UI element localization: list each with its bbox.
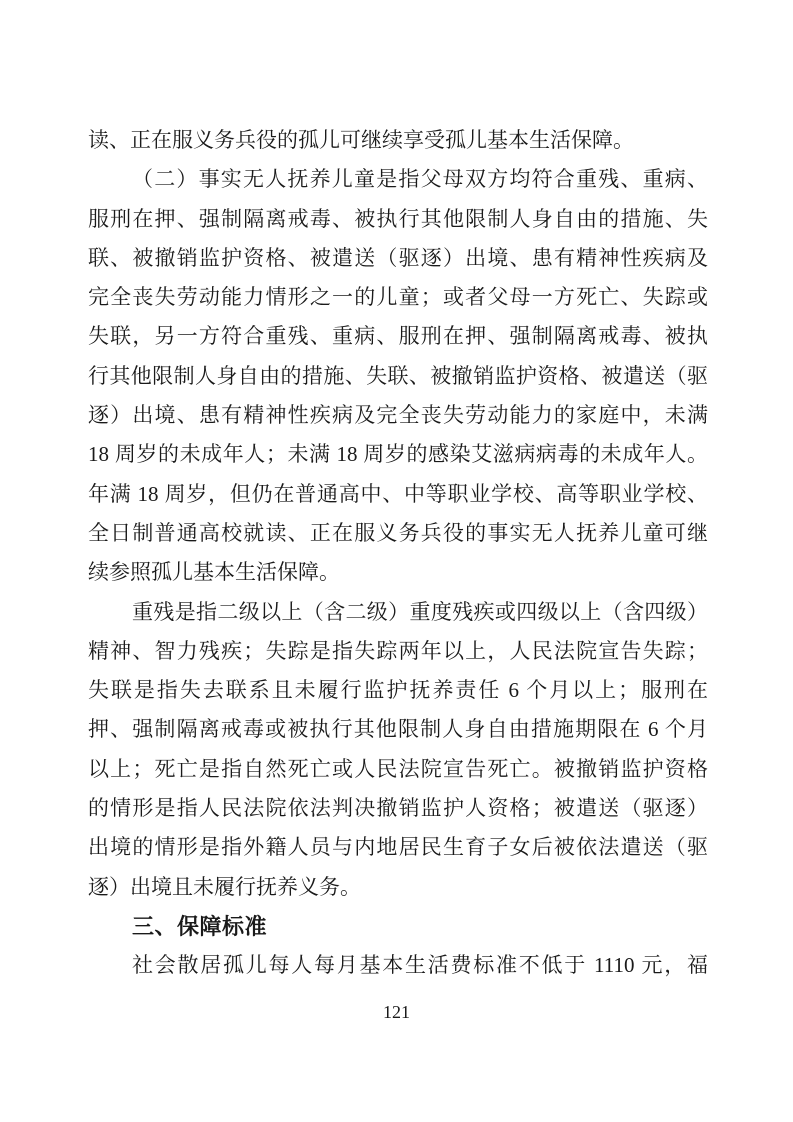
text-line: 精神、智力残疾；失踪是指失踪两年以上，人民法院宣告失踪； <box>88 632 708 671</box>
text-line: 的情形是指人民法院依法判决撤销监护人资格；被遣送（驱逐） <box>88 789 708 828</box>
text-line: 押、强制隔离戒毒或被执行其他限制人身自由措施期限在 6 个月 <box>88 710 708 749</box>
text-line: 联、被撤销监护资格、被遣送（驱逐）出境、患有精神性疾病及 <box>88 239 708 278</box>
text-line: 服刑在押、强制隔离戒毒、被执行其他限制人身自由的措施、失 <box>88 200 708 239</box>
text-line: 18 周岁的未成年人；未满 18 周岁的感染艾滋病病毒的未成年人。 <box>88 435 708 474</box>
text-line: 社会散居孤儿每人每月基本生活费标准不低于 1110 元，福 <box>88 946 708 985</box>
text-line: （二）事实无人抚养儿童是指父母双方均符合重残、重病、 <box>88 160 708 199</box>
text-line: 年满 18 周岁，但仍在普通高中、中等职业学校、高等职业学校、 <box>88 475 708 514</box>
text-line: 逐）出境且未履行抚养义务。 <box>88 868 708 907</box>
text-line: 失联，另一方符合重残、重病、服刑在押、强制隔离戒毒、被执 <box>88 317 708 356</box>
text-line: 逐）出境、患有精神性疾病及完全丧失劳动能力的家庭中，未满 <box>88 396 708 435</box>
document-text-block: 读、正在服义务兵役的孤儿可继续享受孤儿基本生活保障。（二）事实无人抚养儿童是指父… <box>88 121 708 986</box>
text-line: 重残是指二级以上（含二级）重度残疾或四级以上（含四级） <box>88 593 708 632</box>
text-line: 续参照孤儿基本生活保障。 <box>88 553 708 592</box>
text-line: 全日制普通高校就读、正在服义务兵役的事实无人抚养儿童可继 <box>88 514 708 553</box>
page-number: 121 <box>0 1002 793 1023</box>
text-line: 读、正在服义务兵役的孤儿可继续享受孤儿基本生活保障。 <box>88 121 708 160</box>
text-line: 出境的情形是指外籍人员与内地居民生育子女后被依法遣送（驱 <box>88 828 708 867</box>
text-line: 完全丧失劳动能力情形之一的儿童；或者父母一方死亡、失踪或 <box>88 278 708 317</box>
text-line: 以上；死亡是指自然死亡或人民法院宣告死亡。被撤销监护资格 <box>88 750 708 789</box>
text-line: 行其他限制人身自由的措施、失联、被撤销监护资格、被遣送（驱 <box>88 357 708 396</box>
document-page: 读、正在服义务兵役的孤儿可继续享受孤儿基本生活保障。（二）事实无人抚养儿童是指父… <box>0 0 793 1122</box>
text-line: 失联是指失去联系且未履行监护抚养责任 6 个月以上；服刑在 <box>88 671 708 710</box>
section-heading: 三、保障标准 <box>88 907 708 946</box>
